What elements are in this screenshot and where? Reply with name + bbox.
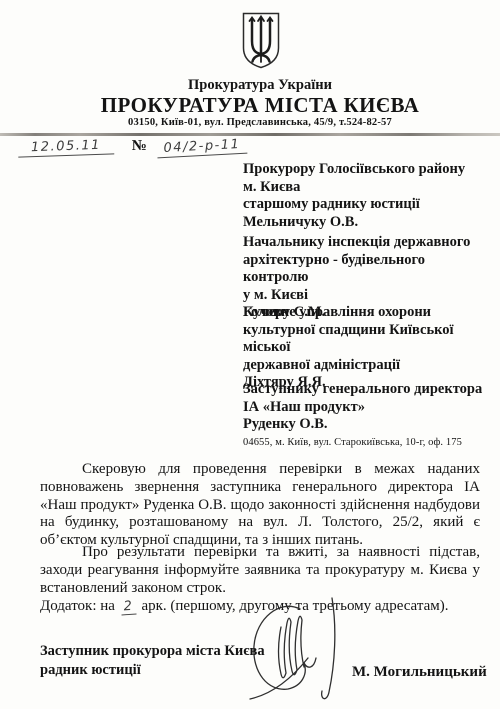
signer-name: М. Могильницький	[352, 664, 487, 681]
ukraine-trident-emblem-icon	[240, 12, 282, 69]
recipient-line: культурної спадщини Київської міської	[243, 322, 483, 357]
recipient-line: Руденку О.В.	[243, 416, 483, 434]
recipient-line: державної адміністрації	[243, 357, 483, 375]
recipient-line: м. Києва	[243, 179, 483, 197]
reference-line: 12.05.11 № 04/2-р-11	[18, 138, 247, 166]
recipient-line: Начальнику інспекція державного	[243, 234, 483, 252]
handwritten-date: 12.05.11	[18, 137, 115, 157]
body-paragraph-2: Про результати перевірки та вжиті, за на…	[40, 544, 480, 597]
org-address: 03150, Київ-01, вул. Предславинська, 45/…	[20, 117, 500, 128]
body-paragraph-1: Скеровую для проведення перевірки в межа…	[40, 461, 480, 550]
recipient-line: ІА «Наш продукт»	[243, 399, 483, 417]
handwritten-sheet-count: 2	[120, 598, 136, 615]
scanned-letter-page: Прокуратура України ПРОКУРАТУРА МІСТА КИ…	[0, 0, 500, 709]
header-separator-line	[0, 133, 500, 136]
recipient-line: Головне управління охорони	[243, 304, 483, 322]
number-sign-label: №	[132, 138, 147, 154]
recipient-line: старшому раднику юстиції	[243, 196, 483, 214]
recipient-block-3: Головне управління охорони культурної сп…	[243, 304, 483, 392]
attachment-prefix: Додаток: на	[40, 598, 115, 614]
recipient-line: архітектурно - будівельного контролю	[243, 252, 483, 287]
signer-position: Заступник прокурора міста Києва радник ю…	[40, 642, 265, 679]
signer-position-line2: радник юстиції	[40, 661, 265, 680]
signer-position-line1: Заступник прокурора міста Києва	[40, 642, 265, 661]
org-name-line1: Прокуратура України	[20, 77, 500, 94]
recipient-line: у м. Києві	[243, 287, 483, 305]
recipient-line: Прокурору Голосіївського району	[243, 161, 483, 179]
recipient-postal-address: 04655, м. Київ, вул. Старокиївська, 10-г…	[243, 436, 483, 449]
recipient-block-4: Заступнику генерального директора ІА «На…	[243, 381, 483, 449]
recipient-line: Мельничуку О.В.	[243, 214, 483, 232]
handwritten-outgoing-number: 04/2-р-11	[156, 137, 247, 159]
recipient-line: Заступнику генерального директора	[243, 381, 483, 399]
org-name-line2: ПРОКУРАТУРА МІСТА КИЄВА	[20, 93, 500, 118]
recipient-block-1: Прокурору Голосіївського району м. Києва…	[243, 161, 483, 231]
